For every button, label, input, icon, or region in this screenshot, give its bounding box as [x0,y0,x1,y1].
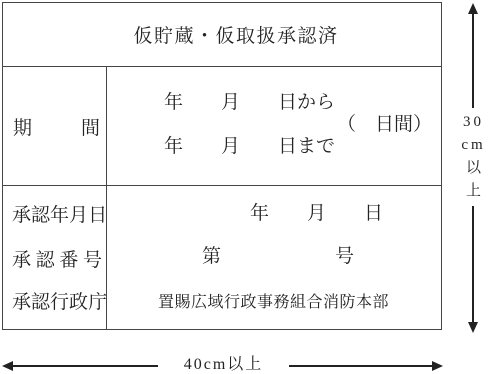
height-dimension-label: 30 cm 以 上 [455,111,492,203]
arrow-right-icon [432,361,443,371]
height-dimension-line-top [472,13,474,108]
height-label-part: 30 [455,111,492,134]
arrow-down-icon [468,322,478,333]
approval-authority-label: 承認行政庁 [3,293,106,312]
period-from-line: 年 月 日から [107,92,441,114]
approval-authority-value: 置賜広域行政事務組合消防本部 [107,293,441,312]
period-days-line: （ 日間） [107,114,441,136]
width-dimension-label: 40cm以上 [158,355,289,374]
period-row: 期間 年 月 日から （ 日間） 年 月 日まで [3,67,441,186]
period-to-line: 年 月 日まで [107,136,441,158]
approval-number-value: 第 号 [107,247,441,266]
approval-section: 承認年月日 承認番号 承認行政庁 年 月 日 第 号 置賜広域行政事務組合消防本… [3,186,441,329]
period-label: 期間 [3,113,106,140]
height-dimension-line-bottom [472,206,474,322]
width-dimension-line-right [289,365,433,367]
sign-title: 仮貯蔵・仮取扱承認済 [3,3,441,67]
period-label-cell: 期間 [3,67,107,185]
approval-date-label: 承認年月日 [3,206,106,225]
approval-label-column: 承認年月日 承認番号 承認行政庁 [3,186,107,329]
approval-sign-table: 仮貯蔵・仮取扱承認済 期間 年 月 日から （ 日間） 年 月 日まで 承認年月… [2,2,442,330]
height-label-part: 上 [455,180,492,203]
height-label-part: 以 [455,157,492,180]
document-page: 仮貯蔵・仮取扱承認済 期間 年 月 日から （ 日間） 年 月 日まで 承認年月… [0,0,492,374]
approval-number-label: 承認番号 [3,251,106,270]
width-dimension-line-left [12,365,158,367]
approval-value-column: 年 月 日 第 号 置賜広域行政事務組合消防本部 [107,186,441,329]
approval-date-value: 年 月 日 [107,204,441,223]
height-label-part: cm [455,134,492,157]
period-value-cell: 年 月 日から （ 日間） 年 月 日まで [107,67,441,185]
